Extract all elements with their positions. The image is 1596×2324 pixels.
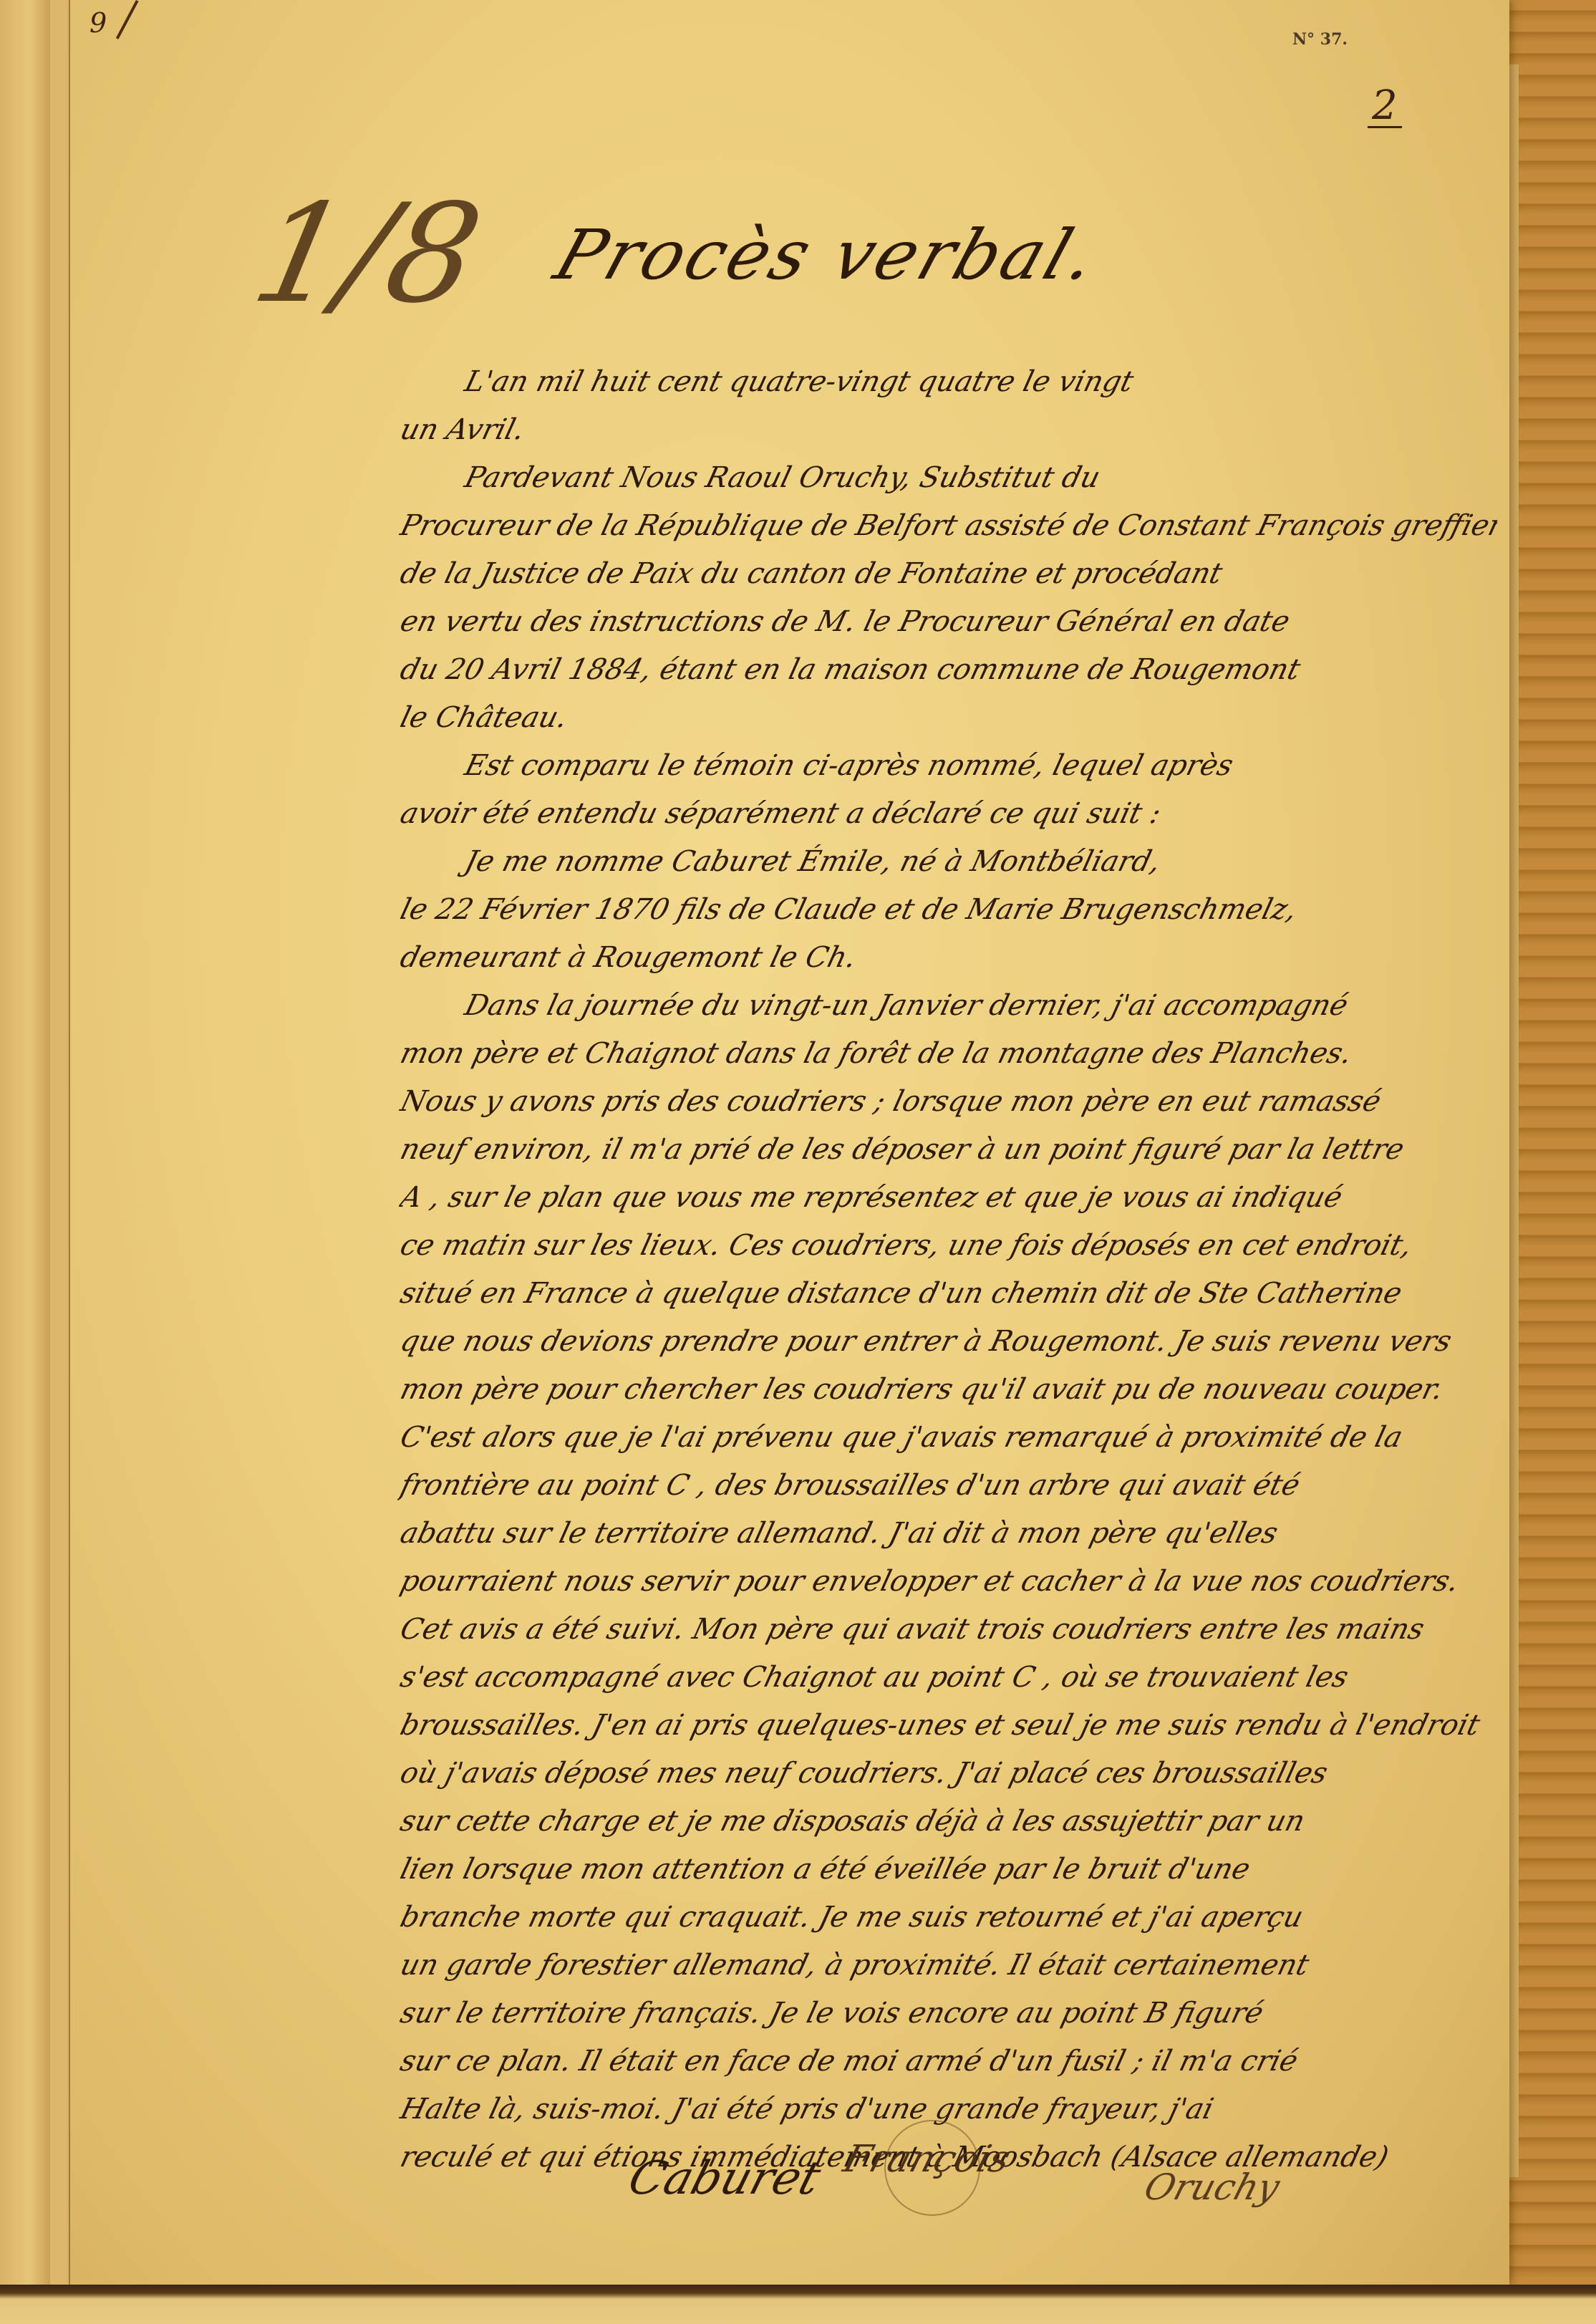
text-line: Nous y avons pris des coudriers ; lorsqu… [395,1078,1503,1126]
text-line: lien lorsque mon attention a été éveillé… [395,1846,1503,1894]
text-line: abattu sur le territoire allemand. J'ai … [395,1510,1503,1558]
text-line: Je me nomme Caburet Émile, né à Montbéli… [395,838,1503,886]
text-line: Pardevant Nous Raoul Oruchy, Substitut d… [395,454,1503,502]
text-line: sur ce plan. Il était en face de moi arm… [395,2038,1503,2086]
signature-witness: Caburet [622,2152,826,2205]
folder-inner-edge [50,0,71,2324]
text-line: de la Justice de Paix du canton de Fonta… [395,550,1503,598]
text-line: en vertu des instructions de M. le Procu… [395,598,1503,646]
text-line: Dans la journée du vingt-un Janvier dern… [395,982,1503,1030]
signature-substitute: Oruchy [1140,2166,1285,2208]
text-line: Est comparu le témoin ci-après nommé, le… [395,742,1503,790]
text-line: mon père pour chercher les coudriers qu'… [395,1366,1503,1414]
sheet-fold-line [69,0,70,2285]
text-line: branche morte qui craquait. Je me suis r… [395,1894,1503,1942]
document-number: N° 37. [1292,30,1348,49]
text-line: demeurant à Rougemont le Ch. [395,934,1503,982]
text-line: ce matin sur les lieux. Ces coudriers, u… [395,1222,1503,1270]
text-line: avoir été entendu séparément a déclaré c… [395,790,1503,838]
text-line: sur le territoire français. Je le vois e… [395,1990,1503,2038]
folder-edge [0,0,52,2324]
handwritten-body: L'an mil huit cent quatre-vingt quatre l… [401,358,1496,2181]
text-line: frontière au point C , des broussailles … [395,1462,1503,1510]
text-line: un garde forestier allemand, à proximité… [395,1942,1503,1990]
text-line: neuf environ, il m'a prié de les déposer… [395,1126,1503,1174]
text-line: L'an mil huit cent quatre-vingt quatre l… [395,358,1503,406]
text-line: C'est alors que je l'ai prévenu que j'av… [395,1414,1503,1462]
text-line: le 22 Février 1870 fils de Claude et de … [395,886,1503,934]
corner-mark: 9 [90,7,107,39]
text-line: du 20 Avril 1884, étant en la maison com… [395,646,1503,694]
text-line: où j'avais déposé mes neuf coudriers. J'… [395,1750,1503,1798]
text-line: s'est accompagné avec Chaignot au point … [395,1654,1503,1702]
sheet-bottom-edge [0,2285,1596,2324]
document-title: Procès verbal. [546,215,1110,295]
page-number: 2 [1368,86,1402,128]
signature-block: Caburet François Oruchy [630,2138,1489,2224]
signature-clerk: François [838,2138,1015,2181]
text-line: un Avril. [395,406,1503,454]
text-line: sur cette charge et je me disposais déjà… [395,1798,1503,1846]
text-line: broussailles. J'en ai pris quelques-unes… [395,1702,1503,1750]
text-line: situé en France à quelque distance d'un … [395,1270,1503,1318]
text-line: Cet avis a été suivi. Mon père qui avait… [395,1606,1503,1654]
text-line: A , sur le plan que vous me représentez … [395,1174,1503,1222]
margin-annotation: 1/8 [243,186,491,322]
text-line: le Château. [395,694,1503,742]
text-line: Procureur de la République de Belfort as… [395,502,1503,550]
text-line: que nous devions prendre pour entrer à R… [395,1318,1503,1366]
text-line: pourraient nous servir pour envelopper e… [395,1558,1503,1606]
text-line: mon père et Chaignot dans la forêt de la… [395,1030,1503,1078]
